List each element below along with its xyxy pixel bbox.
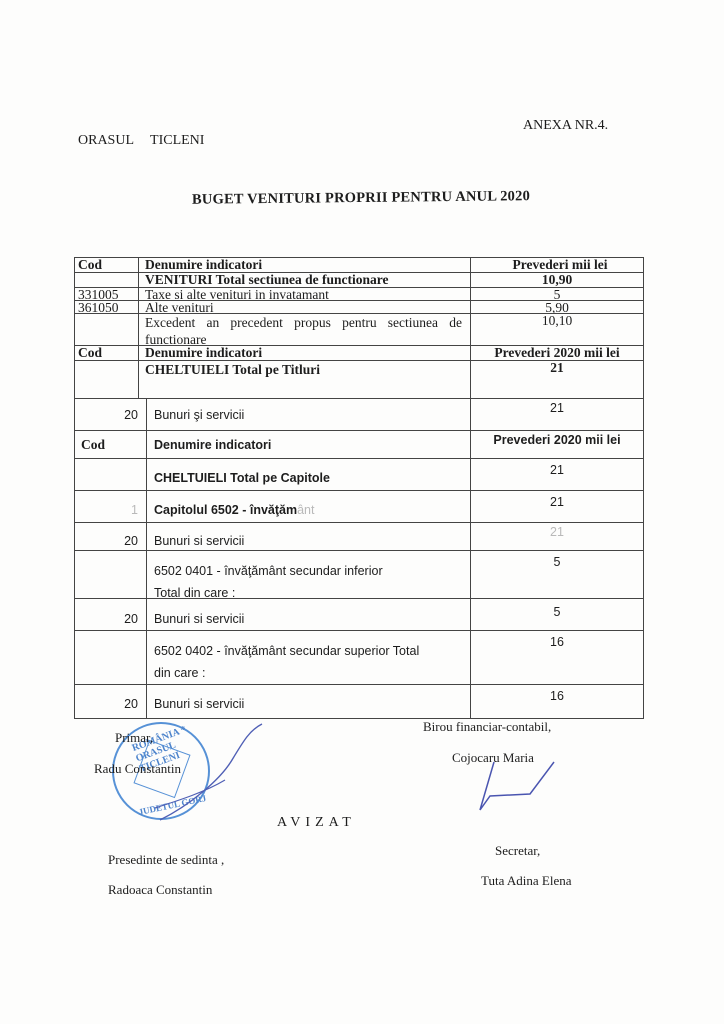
row-value: 5,90 xyxy=(470,301,644,313)
row-cod xyxy=(74,314,138,345)
row-denumire: 6502 0401 - învăţământ secundar inferior… xyxy=(146,551,470,598)
row-denumire: 6502 0402 - învăţământ secundar superior… xyxy=(146,631,470,684)
presedinte-name: Radoaca Constantin xyxy=(108,882,212,898)
col-prevederi: Prevederi 2020 mii lei xyxy=(470,346,644,360)
row-denumire: Bunuri si servicii xyxy=(146,523,470,550)
table-row: CHELTUIELI Total pe Titluri 21 xyxy=(74,360,644,398)
row-value: 21 xyxy=(470,491,644,522)
col-cod: Cod xyxy=(74,346,138,360)
col-prevederi: Prevederi mii lei xyxy=(470,258,644,272)
row-value: 21 xyxy=(470,459,644,490)
row-cod: 20 xyxy=(74,523,146,550)
table-row: 1 Capitolul 6502 - învăţământ 21 xyxy=(74,490,644,522)
row-denumire: Bunuri şi servicii xyxy=(146,399,470,430)
finance-signature-icon xyxy=(470,758,560,818)
row-denumire: Taxe si alte venituri in invatamant xyxy=(138,288,470,300)
table-row: 20 Bunuri si servicii 5 xyxy=(74,598,644,630)
row-value: 10,90 xyxy=(470,273,644,287)
table-row: VENITURI Total sectiunea de functionare … xyxy=(74,272,644,287)
birou-label: Birou financiar-contabil, xyxy=(423,719,551,735)
row-cod: 20 xyxy=(74,599,146,630)
annex-label: ANEXA NR.4. xyxy=(523,118,608,134)
row-denumire: VENITURI Total sectiunea de functionare xyxy=(138,273,470,287)
row-denumire-faded: ânt xyxy=(297,503,314,517)
avizat-label: AVIZAT xyxy=(277,815,356,831)
row-value: 16 xyxy=(470,685,644,718)
row-value: 10,10 xyxy=(470,314,644,345)
row-cod: 20 xyxy=(74,399,146,430)
row-denumire: CHELTUIELI Total pe Capitole xyxy=(146,459,470,490)
row-denumire: CHELTUIELI Total pe Titluri xyxy=(138,361,470,398)
row-cod: 331005 xyxy=(74,288,138,300)
row-denumire-main: Capitolul 6502 - învăţăm xyxy=(154,503,297,517)
row-value: 5 xyxy=(470,599,644,630)
table-bottom-border xyxy=(74,718,644,719)
birou-name: Cojocaru Maria xyxy=(452,750,534,766)
city-heading: ORASULTICLENI xyxy=(78,133,204,149)
col-denumire: Denumire indicatori xyxy=(146,431,470,458)
row-denumire: Capitolul 6502 - învăţământ xyxy=(146,491,470,522)
secretar-name: Tuta Adina Elena xyxy=(481,873,572,889)
row-value: 21 xyxy=(470,361,644,398)
table-row: CHELTUIELI Total pe Capitole 21 xyxy=(74,458,644,490)
row-cod xyxy=(74,551,146,598)
table-row: 20 Bunuri şi servicii 21 xyxy=(74,398,644,430)
venituri-header-row: Cod Denumire indicatori Prevederi mii le… xyxy=(74,257,644,272)
table-row: 361050 Alte venituri 5,90 xyxy=(74,300,644,313)
table-row: Excedent an precedent propus pentru sect… xyxy=(74,313,644,345)
row-value: 16 xyxy=(470,631,644,684)
col-cod: Cod xyxy=(74,258,138,272)
row-denumire: Bunuri si servicii xyxy=(146,685,470,718)
presedinte-label: Presedinte de sedinta , xyxy=(108,852,224,868)
table-row: 331005 Taxe si alte venituri in invatama… xyxy=(74,287,644,300)
row-denumire: Bunuri si servicii xyxy=(146,599,470,630)
col-cod: Cod xyxy=(74,431,146,458)
titluri-header-row: Cod Denumire indicatori Prevederi 2020 m… xyxy=(74,345,644,360)
col-denumire: Denumire indicatori xyxy=(138,346,470,360)
row-cod: 1 xyxy=(74,491,146,522)
table-row: 20 Bunuri si servicii 16 xyxy=(74,684,644,718)
primar-name: Radu Constantin xyxy=(94,761,181,777)
secretar-label: Secretar, xyxy=(495,843,540,859)
row-value: 5 xyxy=(470,288,644,300)
row-value: 21 xyxy=(470,523,644,550)
col-denumire: Denumire indicatori xyxy=(138,258,470,272)
table-row: 6502 0401 - învăţământ secundar inferior… xyxy=(74,550,644,598)
row-cod xyxy=(74,631,146,684)
primar-label: Primar, xyxy=(115,730,153,746)
row-value: 21 xyxy=(470,399,644,430)
row-cod xyxy=(74,459,146,490)
city-label: ORASUL xyxy=(78,133,134,148)
row-value: 5 xyxy=(470,551,644,598)
row-cod: 361050 xyxy=(74,301,138,313)
table-row: 6502 0402 - învăţământ secundar superior… xyxy=(74,630,644,684)
row-cod: 20 xyxy=(74,685,146,718)
row-cod xyxy=(74,361,138,398)
capitole-header-row: Cod Denumire indicatori Prevederi 2020 m… xyxy=(74,430,644,458)
col-prevederi: Prevederi 2020 mii lei xyxy=(470,431,644,458)
document-title: BUGET VENITURI PROPRII PENTRU ANUL 2020 xyxy=(192,188,530,209)
row-cod xyxy=(74,273,138,287)
row-denumire: Excedent an precedent propus pentru sect… xyxy=(138,314,470,345)
city-name: TICLENI xyxy=(150,133,204,148)
row-denumire: Alte venituri xyxy=(138,301,470,313)
table-row: 20 Bunuri si servicii 21 xyxy=(74,522,644,550)
